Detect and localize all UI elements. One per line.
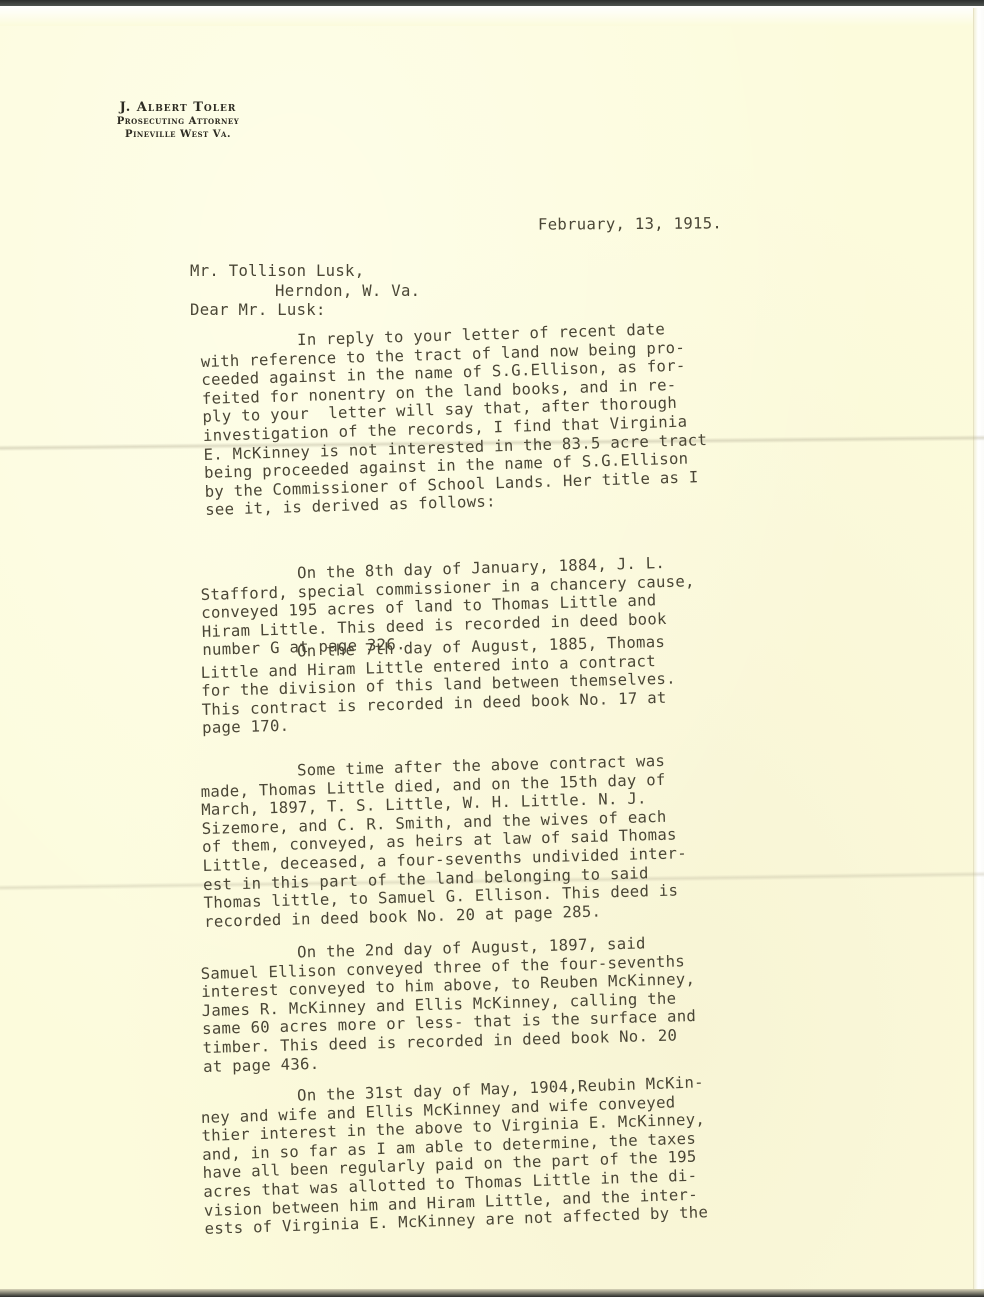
scan-bottom-edge <box>0 1289 984 1297</box>
body-paragraph: In reply to your letter of recent datewi… <box>200 315 845 520</box>
scan-right-edge <box>973 8 984 1297</box>
letterhead: J. Albert Toler Prosecuting Attorney Pin… <box>78 100 278 141</box>
recipient-name: Mr. Tollison Lusk, <box>190 262 364 280</box>
letterhead-place: Pineville West Va. <box>78 129 278 142</box>
salutation: Dear Mr. Lusk: <box>190 301 326 319</box>
recipient-address: Herndon, W. Va. <box>275 282 420 300</box>
letterhead-name: J. Albert Toler <box>78 100 278 116</box>
scanned-letter-page: J. Albert Toler Prosecuting Attorney Pin… <box>0 0 984 1297</box>
body-paragraph: On the 31st day of May, 1904,Reubin McKi… <box>200 1069 845 1239</box>
body-paragraph: Some time after the above contract wasma… <box>200 747 844 931</box>
scan-top-margin <box>0 6 984 26</box>
letter-date: February, 13, 1915. <box>538 214 722 233</box>
body-paragraph: On the 7th day of August, 1885, ThomasLi… <box>200 628 842 738</box>
letterhead-title: Prosecuting Attorney <box>78 116 278 129</box>
body-paragraph: On the 2nd day of August, 1897, saidSamu… <box>200 929 843 1076</box>
